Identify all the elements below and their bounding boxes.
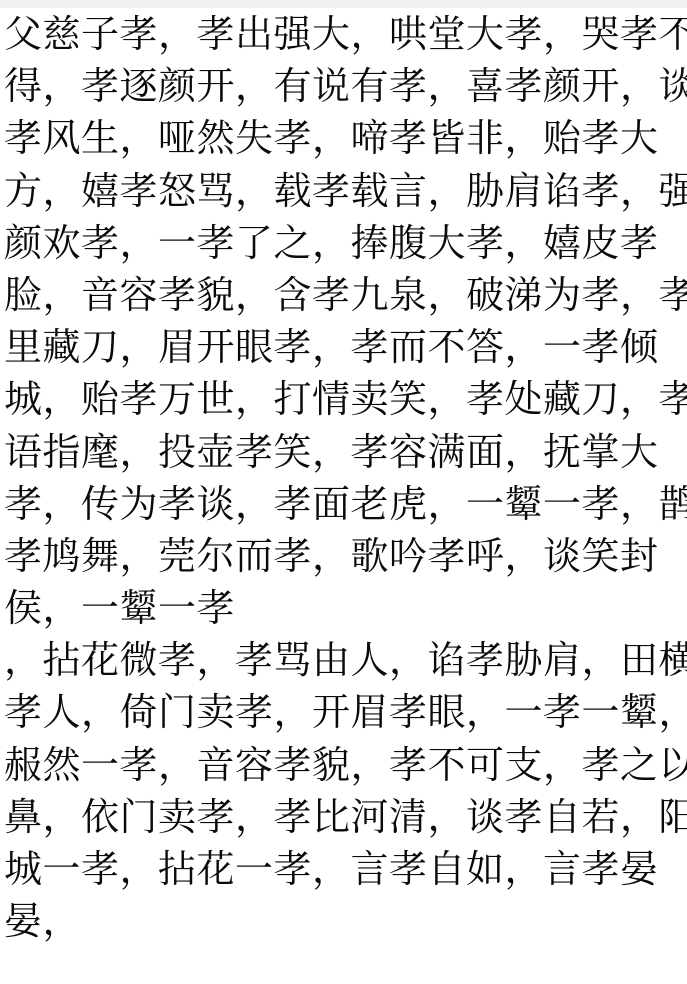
text-line: 城，贻孝万世，打情卖笑，孝处藏刀，孝 <box>4 373 687 425</box>
text-line: 语指麾，投壶孝笑，孝容满面，抚掌大 <box>4 426 687 478</box>
text-body: 父慈子孝，孝出强大，哄堂大孝，哭孝不 得，孝逐颜开，有说有孝，喜孝颜开，谈 孝风… <box>4 8 687 947</box>
text-line: 脸，音容孝貌，含孝九泉，破涕为孝，孝 <box>4 269 687 321</box>
text-line: 鼻，依门卖孝，孝比河清，谈孝自若，阳 <box>4 791 687 843</box>
text-line: 孝风生，哑然失孝，啼孝皆非，贻孝大 <box>4 112 687 164</box>
text-line: 晏， <box>4 895 687 947</box>
text-line: 得，孝逐颜开，有说有孝，喜孝颜开，谈 <box>4 60 687 112</box>
text-line: 里藏刀，眉开眼孝，孝而不答，一孝倾 <box>4 321 687 373</box>
text-line: 孝人，倚门卖孝，开眉孝眼，一孝一颦， <box>4 686 687 738</box>
text-line: ，拈花微孝，孝骂由人，谄孝胁肩，田横 <box>4 634 687 686</box>
text-line: 父慈子孝，孝出强大，哄堂大孝，哭孝不 <box>4 8 687 60</box>
text-line: 城一孝，拈花一孝，言孝自如，言孝晏 <box>4 843 687 895</box>
top-strip <box>0 0 687 8</box>
text-line: 孝鸠舞，莞尔而孝，歌吟孝呼，谈笑封 <box>4 530 687 582</box>
text-line: 方，嬉孝怒骂，载孝载言，胁肩谄孝，强 <box>4 165 687 217</box>
text-line: 孝，传为孝谈，孝面老虎，一颦一孝，鹊 <box>4 478 687 530</box>
text-line: 侯，一颦一孝 <box>4 582 687 634</box>
text-line: 颜欢孝，一孝了之，捧腹大孝，嬉皮孝 <box>4 217 687 269</box>
text-line: 赧然一孝，音容孝貌，孝不可支，孝之以 <box>4 739 687 791</box>
